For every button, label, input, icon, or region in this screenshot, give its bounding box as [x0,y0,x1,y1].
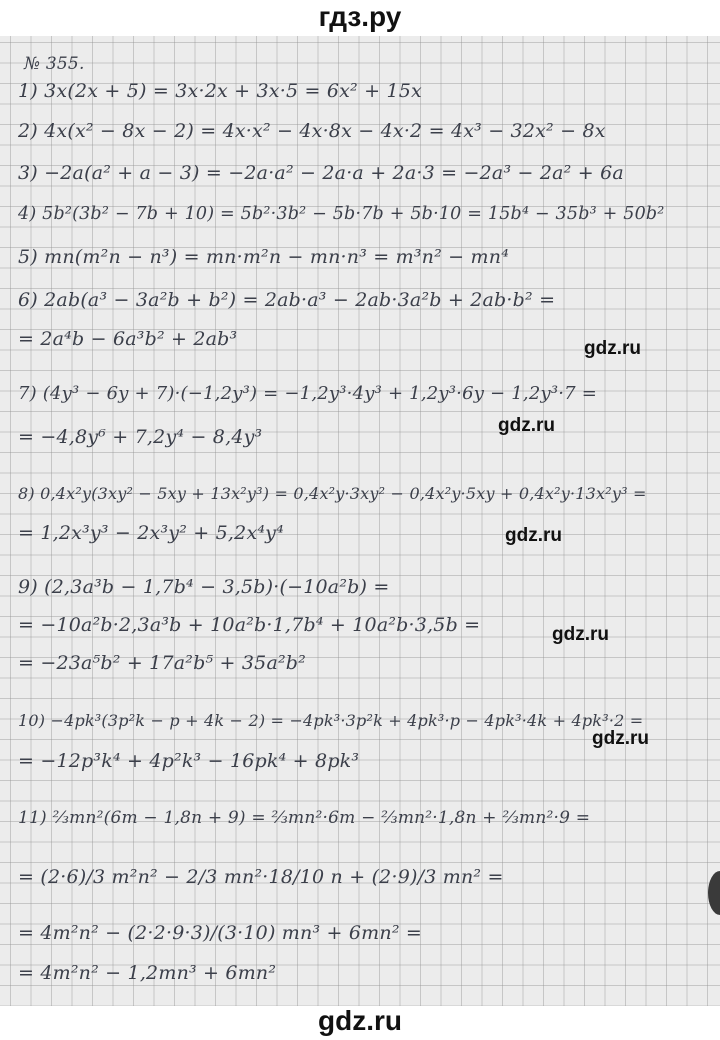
solution-line-4: 4) 5b²(3b² − 7b + 10) = 5b²·3b² − 5b·7b … [18,204,665,224]
solution-line-7b: = −4,8y⁶ + 7,2y⁴ − 8,4y³ [18,426,262,448]
site-header: гдз.ру [0,0,720,34]
solution-line-11d: = 4m²n² − 1,2mn³ + 6mn² [18,962,276,984]
solution-line-9a: 9) (2,3a³b − 1,7b⁴ − 3,5b)·(−10a²b) = [18,576,390,598]
solution-line-10a: 10) −4pk³(3p²k − p + 4k − 2) = −4pk³·3p²… [18,711,643,730]
solution-line-11b: = (2·6)/3 m²n² − 2/3 mn²·18/10 n + (2·9)… [18,866,504,888]
solution-line-8a: 8) 0,4x²y(3xy² − 5xy + 13x²y³) = 0,4x²y·… [18,484,647,503]
solution-line-6a: 6) 2ab(a³ − 3a²b + b²) = 2ab·a³ − 2ab·3a… [18,289,555,311]
solution-line-8b: = 1,2x³y³ − 2x³y² + 5,2x⁴y⁴ [18,522,284,544]
solution-line-11c: = 4m²n² − (2·2·9·3)/(3·10) mn³ + 6mn² = [18,922,422,944]
solution-line-9b: = −10a²b·2,3a³b + 10a²b·1,7b⁴ + 10a²b·3,… [18,614,480,636]
watermark: gdz.ru [505,525,562,547]
solution-line-6b: = 2a⁴b − 6a³b² + 2ab³ [18,328,237,350]
watermark: gdz.ru [584,338,641,360]
solution-line-11a: 11) ⅔mn²(6m − 1,8n + 9) = ⅔mn²·6m − ⅔mn²… [18,808,590,828]
notebook-page-scan: № 355. 1) 3x(2x + 5) = 3x·2x + 3x·5 = 6x… [0,36,720,1006]
solution-line-1: 1) 3x(2x + 5) = 3x·2x + 3x·5 = 6x² + 15x [18,80,422,102]
solution-line-3: 3) −2a(a² + a − 3) = −2a·a² − 2a·a + 2a·… [18,162,624,184]
solution-line-2: 2) 4x(x² − 8x − 2) = 4x·x² − 4x·8x − 4x·… [18,120,606,142]
site-footer: gdz.ru [0,1006,720,1040]
watermark: gdz.ru [498,415,555,437]
watermark: gdz.ru [592,728,649,750]
solution-line-9c: = −23a⁵b² + 17a²b⁵ + 35a²b² [18,652,306,674]
watermark: gdz.ru [552,624,609,646]
exercise-number: № 355. [24,54,85,74]
site-title: гдз.ру [319,1,402,32]
solution-line-5: 5) mn(m²n − n³) = mn·m²n − mn·n³ = m³n² … [18,246,509,268]
solution-line-10b: = −12p³k⁴ + 4p²k³ − 16pk⁴ + 8pk³ [18,750,359,772]
site-link[interactable]: gdz.ru [318,1005,402,1036]
solution-line-7a: 7) (4y³ − 6y + 7)·(−1,2y³) = −1,2y³·4y³ … [18,383,597,404]
